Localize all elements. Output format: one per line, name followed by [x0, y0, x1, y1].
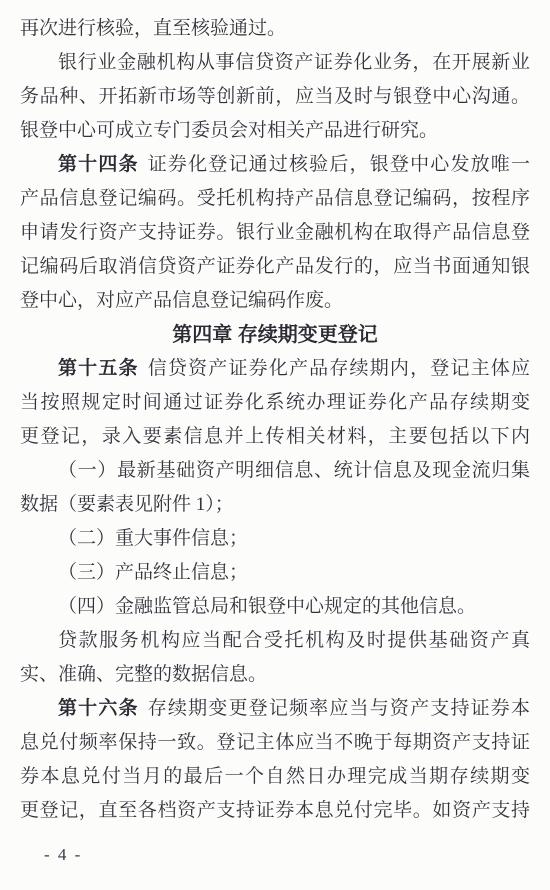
body-line: 更登记，直至各档资产支持证券本息兑付完毕。如资产支持 — [20, 794, 530, 828]
article-14-text: 证券化登记通过核验后，银登中心发放唯一 — [148, 154, 530, 175]
body-line: 更登记，录入要素信息并上传相关材料，主要包括以下内容： — [20, 420, 530, 454]
body-line: 银行业金融机构从事信贷资产证券化业务，在开展新业 — [20, 46, 530, 80]
body-line: 记编码后取消信贷资产证券化产品发行的，应当书面通知银 — [20, 250, 530, 284]
body-line: 登中心，对应产品信息登记编码作废。 — [20, 284, 530, 318]
article-15-text: 信贷资产证券化产品存续期内，登记主体应 — [148, 358, 530, 379]
body-line: 银登中心可成立专门委员会对相关产品进行研究。 — [20, 114, 530, 148]
body-line: 务品种、开拓新市场等创新前，应当及时与银登中心沟通。 — [20, 80, 530, 114]
article-15-label: 第十五条 — [58, 358, 139, 379]
article-15-first-line: 第十五条信贷资产证券化产品存续期内，登记主体应 — [20, 352, 530, 386]
chapter-4-heading: 第四章 存续期变更登记 — [20, 318, 530, 352]
article-14-label: 第十四条 — [58, 154, 139, 175]
body-line: 实、准确、完整的数据信息。 — [20, 658, 530, 692]
article-16-label: 第十六条 — [58, 698, 139, 719]
article-16-text: 存续期变更登记频率应当与资产支持证券本 — [148, 698, 530, 719]
body-line-continuation: 再次进行核验，直至核验通过。 — [20, 12, 530, 46]
list-item-4-line: （四）金融监管总局和银登中心规定的其他信息。 — [20, 590, 530, 624]
body-line: 产品信息登记编码。受托机构持产品信息登记编码，按程序 — [20, 182, 530, 216]
body-line: 息兑付频率保持一致。登记主体应当不晚于每期资产支持证 — [20, 726, 530, 760]
document-page: 再次进行核验，直至核验通过。 银行业金融机构从事信贷资产证券化业务，在开展新业 … — [0, 0, 550, 890]
page-number: - 4 - — [44, 845, 82, 865]
list-item-1-line: （一）最新基础资产明细信息、统计信息及现金流归集 — [20, 454, 530, 488]
article-14-first-line: 第十四条证券化登记通过核验后，银登中心发放唯一 — [20, 148, 530, 182]
body-line: 申请发行资产支持证券。银行业金融机构在取得产品信息登 — [20, 216, 530, 250]
list-item-2-line: （二）重大事件信息； — [20, 522, 530, 556]
article-16-first-line: 第十六条存续期变更登记频率应当与资产支持证券本 — [20, 692, 530, 726]
body-line: 贷款服务机构应当配合受托机构及时提供基础资产真 — [20, 624, 530, 658]
list-item-1-line: 数据（要素表见附件 1）； — [20, 488, 530, 522]
body-line: 券本息兑付当月的最后一个自然日办理完成当期存续期变 — [20, 760, 530, 794]
list-item-3-line: （三）产品终止信息； — [20, 556, 530, 590]
body-line: 当按照规定时间通过证券化系统办理证券化产品存续期变 — [20, 386, 530, 420]
